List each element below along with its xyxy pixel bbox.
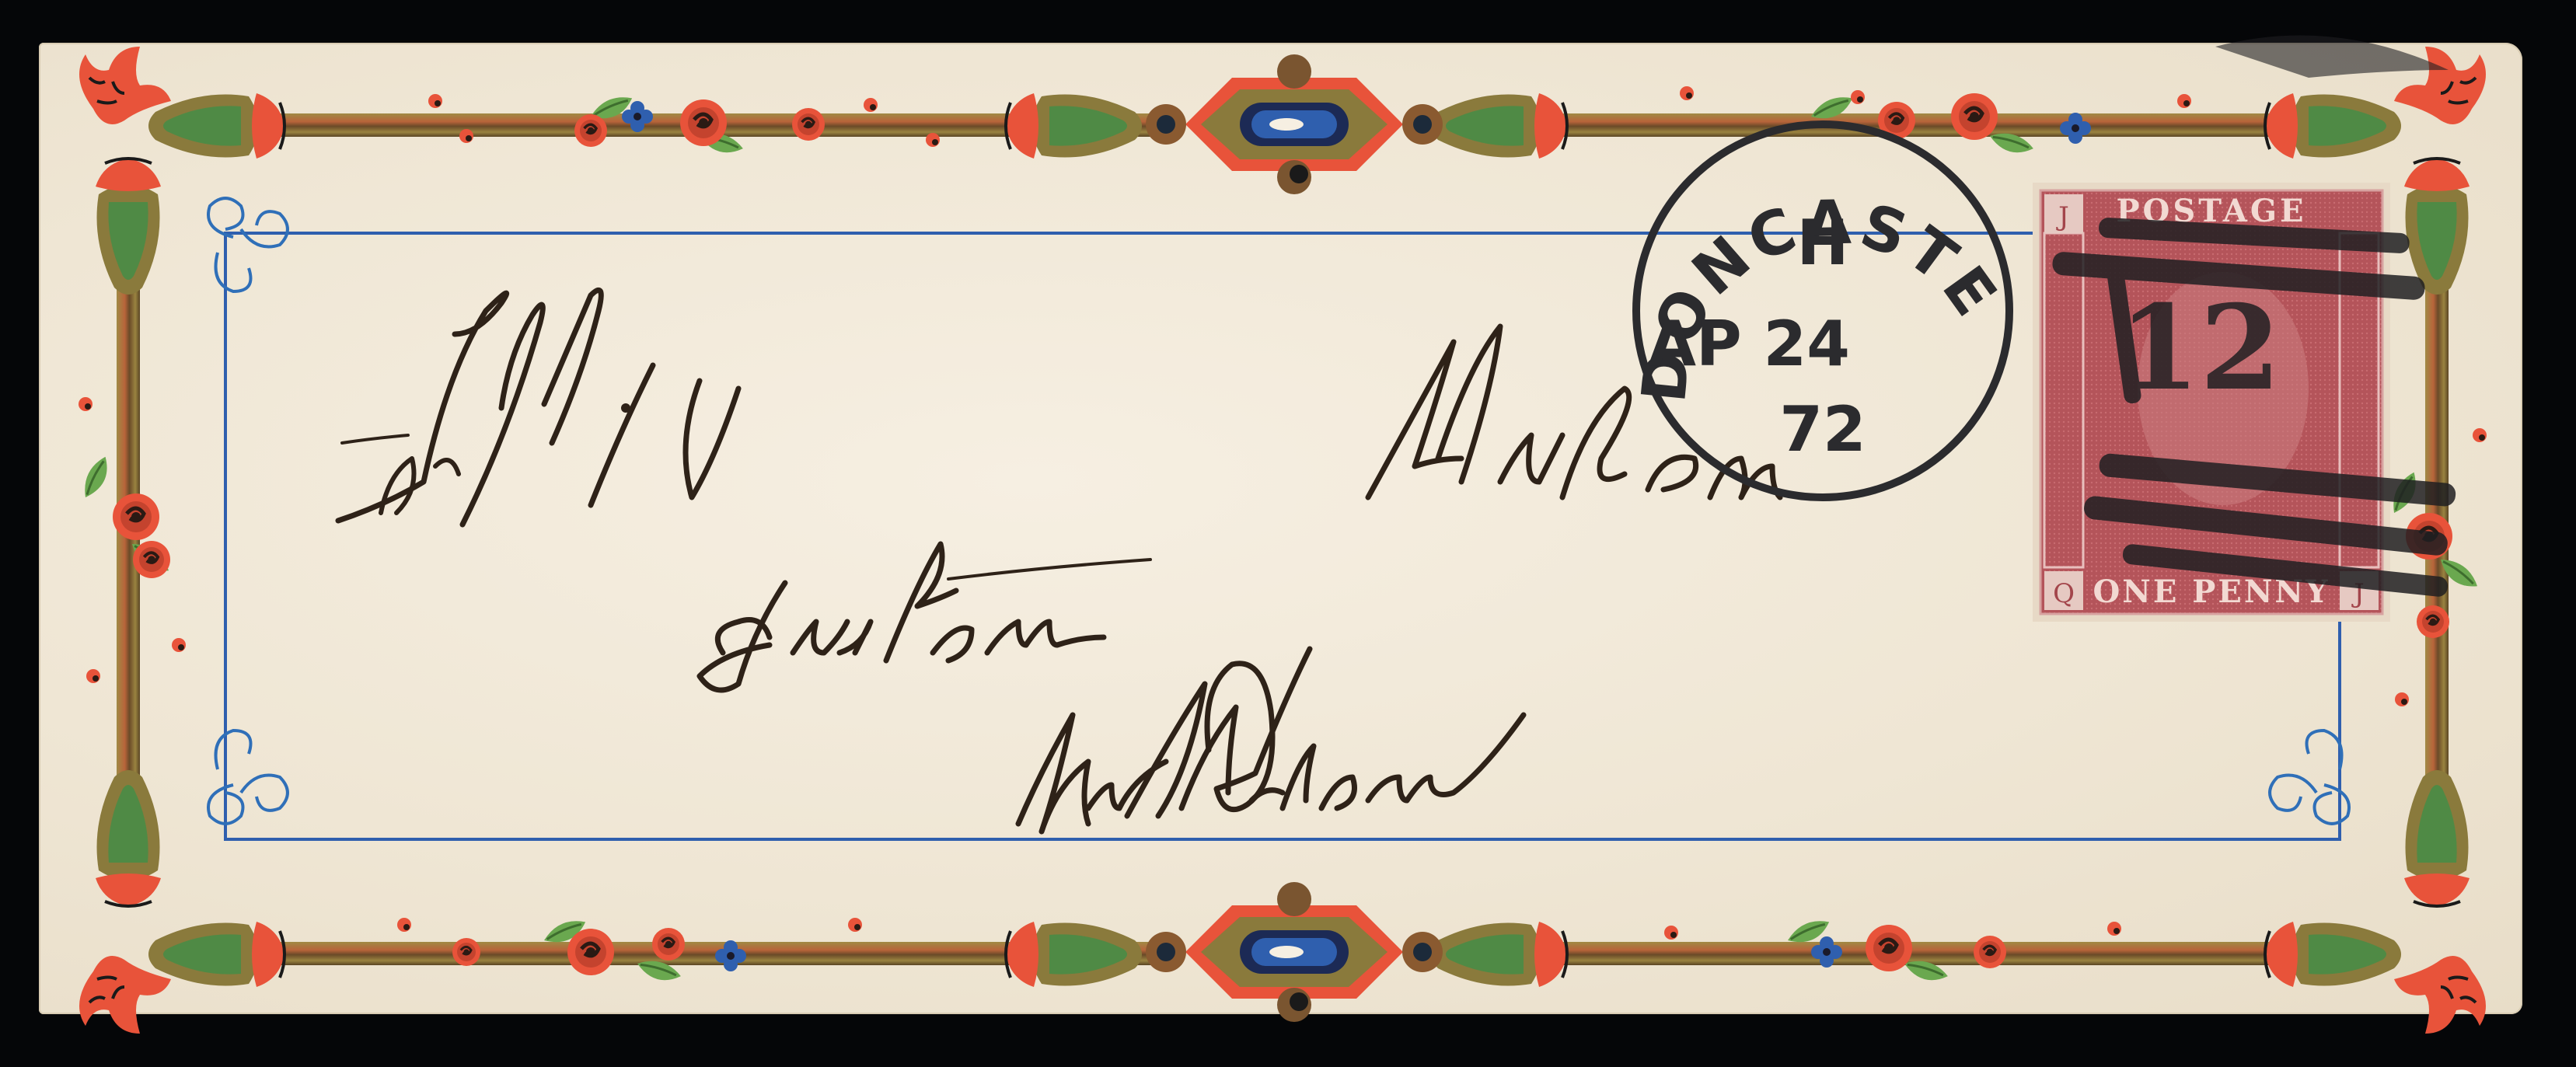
postmark-date: AP 24 bbox=[1648, 308, 1850, 380]
cancel-numeral: 12 bbox=[2119, 280, 2281, 417]
postmark-code: H bbox=[1797, 207, 1849, 279]
handwritten-address bbox=[338, 290, 1780, 832]
frame-bottom bbox=[148, 882, 2401, 1022]
stamp-corner-letter: Q bbox=[2053, 578, 2075, 609]
stamp-corner-letter: J bbox=[2056, 201, 2069, 232]
corner-flourish bbox=[208, 731, 288, 824]
envelope-artwork: DONCASTER H AP 24 72 J Q J POSTAGE ONE P… bbox=[0, 0, 2576, 1067]
postmark-year: 72 bbox=[1779, 393, 1866, 466]
corner-flourish bbox=[2270, 731, 2349, 824]
postmark: DONCASTER H AP 24 72 bbox=[0, 0, 2012, 497]
corner-flourish bbox=[208, 198, 288, 291]
corner-flower bbox=[2394, 956, 2486, 1034]
